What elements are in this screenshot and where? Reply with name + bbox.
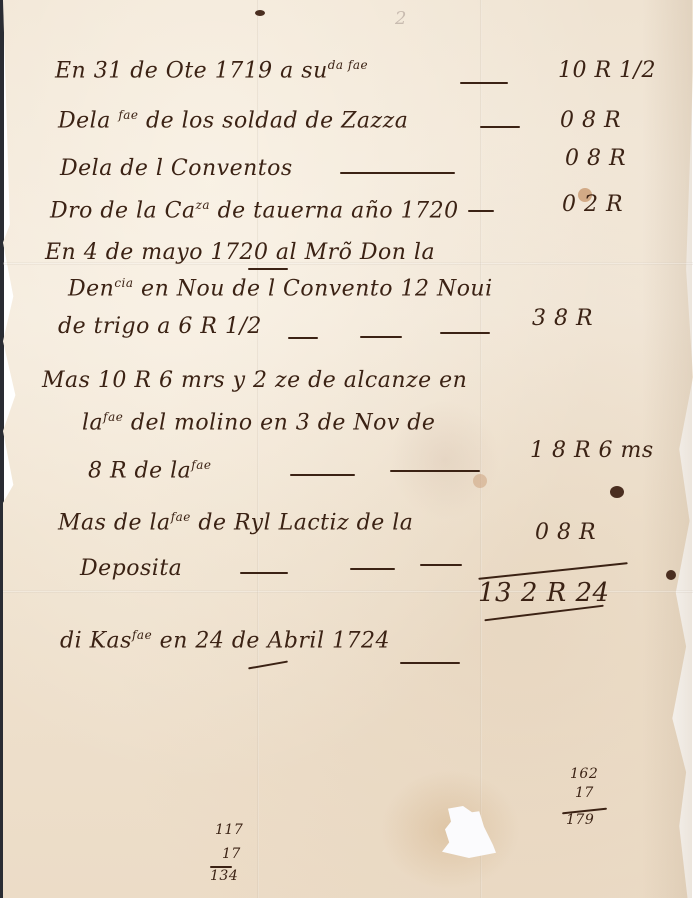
sum-left-line-1: 117 xyxy=(215,822,243,838)
leader-dash xyxy=(360,336,402,338)
sum-right-total: 179 xyxy=(566,812,594,828)
entry-2: Dela fae de los soldad de Zazza xyxy=(58,108,408,133)
entry-3-amount: 0 8 R xyxy=(565,146,626,171)
ink-blot xyxy=(255,10,265,16)
entry-5: En 4 de mayo 1720 al Mrõ Don la xyxy=(45,240,435,265)
entry-1: En 31 de Ote 1719 a suda fae xyxy=(55,58,368,83)
entry-2-amount: 0 8 R xyxy=(560,108,621,133)
sum-left-line-2: 17 xyxy=(222,846,241,862)
leader-dash xyxy=(468,210,494,212)
leader-dash xyxy=(340,172,455,174)
leader-dash xyxy=(390,470,480,472)
entry-11-amount: 0 8 R xyxy=(535,520,596,545)
entry-10-amount: 1 8 R 6 ms xyxy=(530,438,654,463)
ink-blot xyxy=(610,486,624,498)
entry-3: Dela de l Conventos xyxy=(60,156,293,181)
entry-4-amount: 0 2 R xyxy=(562,192,623,217)
leader-dash xyxy=(240,572,288,574)
entry-10: 8 R de lafae xyxy=(88,458,212,483)
leader-dash xyxy=(440,332,490,334)
entry-8: Mas 10 R 6 mrs y 2 ze de alcanze en xyxy=(42,368,467,393)
leader-dash xyxy=(350,568,395,570)
entry-12-total: 13 2 R 24 xyxy=(478,578,610,608)
underline xyxy=(248,268,288,270)
leader-dash xyxy=(420,564,462,566)
entry-11: Mas de lafae de Ryl Lactiz de la xyxy=(58,510,413,535)
leader-dash xyxy=(480,126,520,128)
leader-dash xyxy=(288,337,318,339)
sum-right-line-1: 162 xyxy=(570,766,598,782)
sum-right-line-2: 17 xyxy=(575,785,594,801)
spot xyxy=(473,474,487,488)
faint-header-mark: 2 xyxy=(395,8,406,29)
leader-dash xyxy=(460,82,508,84)
entry-6: Dencia en Nou de l Convento 12 Noui xyxy=(68,276,493,301)
entry-7-amount: 3 8 R xyxy=(532,306,593,331)
entry-9: lafae del molino en 3 de Nov de xyxy=(82,410,435,435)
fold-line-left xyxy=(257,0,259,898)
sum-left-total: 134 xyxy=(210,868,238,884)
entry-13: di Kasfae en 24 de Abril 1724 xyxy=(60,628,390,653)
entry-7: de trigo a 6 R 1/2 xyxy=(58,314,262,339)
leader-dash xyxy=(290,474,355,476)
ink-blot xyxy=(666,570,676,580)
underline xyxy=(400,662,460,664)
entry-4: Dro de la Caza de tauerna año 1720 xyxy=(50,198,459,223)
entry-12: Deposita xyxy=(80,556,182,581)
entry-1-amount: 10 R 1/2 xyxy=(558,58,656,83)
